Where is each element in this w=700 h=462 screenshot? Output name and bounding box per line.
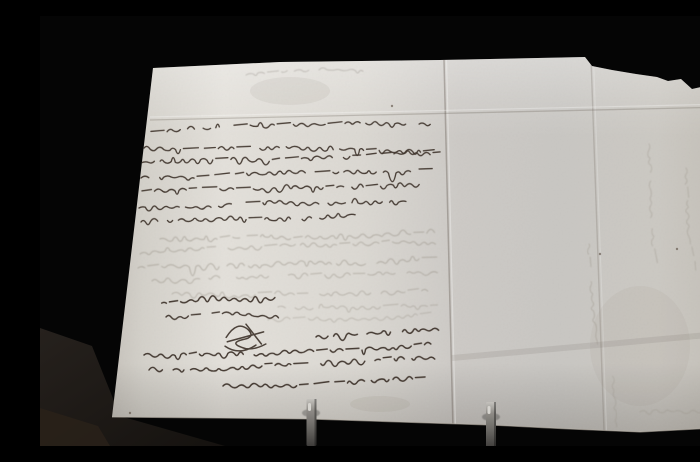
display-clip — [307, 399, 317, 446]
letter-photo-canvas — [40, 16, 700, 446]
paper-surface-details — [100, 51, 700, 441]
display-clip — [486, 402, 496, 446]
museum-letter-photo — [40, 16, 700, 446]
